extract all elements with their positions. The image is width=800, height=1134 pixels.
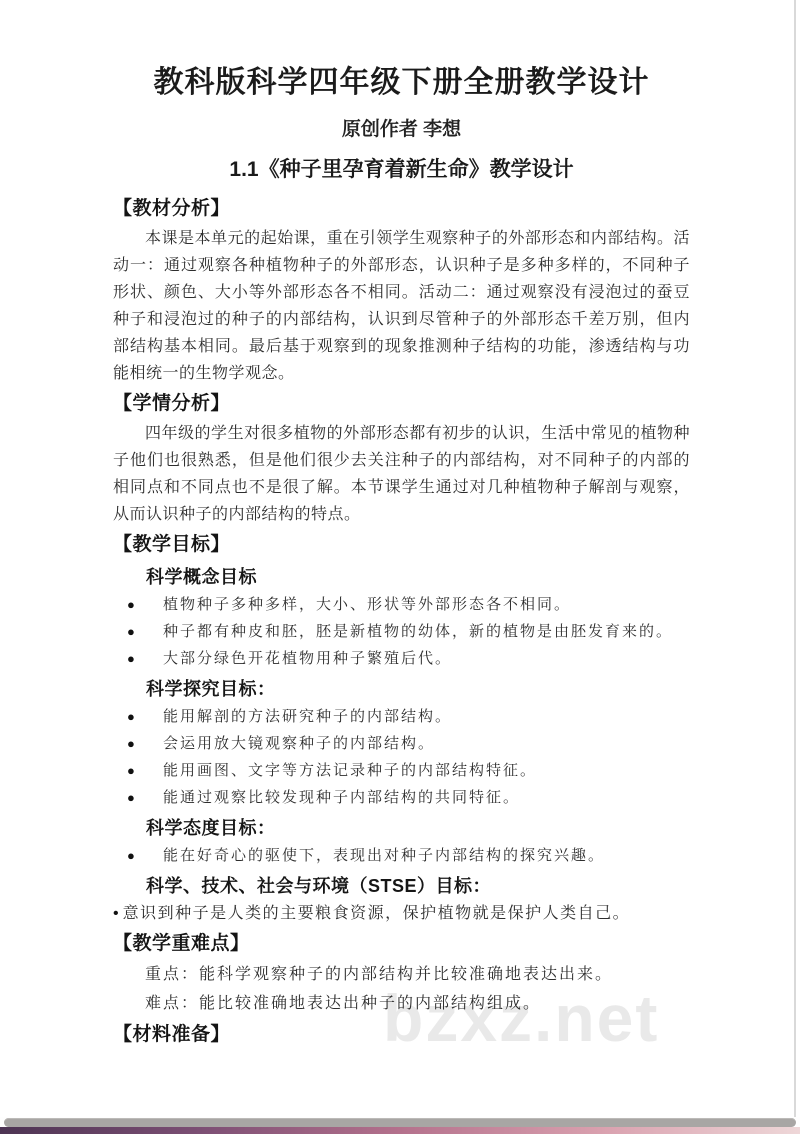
bullet-icon: ● [127, 842, 135, 869]
indented-line: 难点：能比较准确地表达出种子的内部结构组成。 [113, 989, 690, 1018]
list-item-text: 会运用放大镜观察种子的内部结构。 [163, 735, 435, 752]
list-item-text: 能通过观察比较发现种子内部结构的共同特征。 [163, 789, 520, 806]
bullet-item: ●会运用放大镜观察种子的内部结构。 [113, 730, 690, 757]
document-title: 教科版科学四年级下册全册教学设计 [113, 64, 690, 102]
author-line: 原创作者 李想 [113, 118, 690, 142]
sub-heading: 科学概念目标 [113, 563, 690, 591]
list-item-text: 大部分绿色开花植物用种子繁殖后代。 [163, 650, 452, 667]
sub-heading: 科学、技术、社会与环境（STSE）目标： [113, 872, 690, 900]
dot-icon: • [113, 905, 119, 922]
section-heading: 【教学重难点】 [113, 929, 690, 959]
indented-line: 重点：能科学观察种子的内部结构并比较准确地表达出来。 [113, 960, 690, 989]
sub-heading: 科学态度目标： [113, 814, 690, 842]
section-heading: 【材料准备】 [113, 1020, 690, 1050]
dot-item: •意识到种子是人类的主要粮食资源，保护植物就是保护人类自己。 [113, 900, 690, 927]
list-item-text: 植物种子多种多样，大小、形状等外部形态各不相同。 [163, 596, 571, 613]
paragraph: 四年级的学生对很多植物的外部形态都有初步的认识，生活中常见的植物种子他们也很熟悉… [113, 420, 690, 528]
bullet-item: ●能用解剖的方法研究种子的内部结构。 [113, 703, 690, 730]
section-heading: 【教学目标】 [113, 530, 690, 560]
bullet-icon: ● [127, 784, 135, 811]
bullet-icon: ● [127, 757, 135, 784]
list-item-text: 能在好奇心的驱使下，表现出对种子内部结构的探究兴趣。 [163, 847, 605, 864]
bullet-item: ●能用画图、文字等方法记录种子的内部结构特征。 [113, 757, 690, 784]
horizontal-scrollbar-track[interactable] [0, 1117, 800, 1127]
section-heading: 【教材分析】 [113, 194, 690, 224]
paragraph: 本课是本单元的起始课，重在引领学生观察种子的外部形态和内部结构。活动一：通过观察… [113, 225, 690, 387]
horizontal-scrollbar-thumb[interactable] [4, 1118, 796, 1127]
page-right-edge [794, 0, 796, 1118]
bullet-item: ●植物种子多种多样，大小、形状等外部形态各不相同。 [113, 591, 690, 618]
lesson-title: 1.1《种子里孕育着新生命》教学设计 [113, 156, 690, 184]
bullet-item: ●能在好奇心的驱使下，表现出对种子内部结构的探究兴趣。 [113, 842, 690, 869]
section-heading: 【学情分析】 [113, 389, 690, 419]
list-item-text: 能用解剖的方法研究种子的内部结构。 [163, 708, 452, 725]
document-page: 教科版科学四年级下册全册教学设计 原创作者 李想 1.1《种子里孕育着新生命》教… [0, 0, 800, 1118]
bottom-gradient-bar [0, 1127, 800, 1134]
bullet-icon: ● [127, 618, 135, 645]
bullet-item: ●大部分绿色开花植物用种子繁殖后代。 [113, 645, 690, 672]
bullet-icon: ● [127, 703, 135, 730]
bullet-item: ●种子都有种皮和胚，胚是新植物的幼体，新的植物是由胚发育来的。 [113, 618, 690, 645]
list-item-text: 种子都有种皮和胚，胚是新植物的幼体，新的植物是由胚发育来的。 [163, 623, 673, 640]
list-item-text: 意识到种子是人类的主要粮食资源，保护植物就是保护人类自己。 [123, 905, 631, 922]
bullet-icon: ● [127, 730, 135, 757]
document-body: 【教材分析】本课是本单元的起始课，重在引领学生观察种子的外部形态和内部结构。活动… [113, 194, 690, 1050]
bullet-item: ●能通过观察比较发现种子内部结构的共同特征。 [113, 784, 690, 811]
list-item-text: 能用画图、文字等方法记录种子的内部结构特征。 [163, 762, 537, 779]
sub-heading: 科学探究目标： [113, 675, 690, 703]
bullet-icon: ● [127, 591, 135, 618]
bullet-icon: ● [127, 645, 135, 672]
